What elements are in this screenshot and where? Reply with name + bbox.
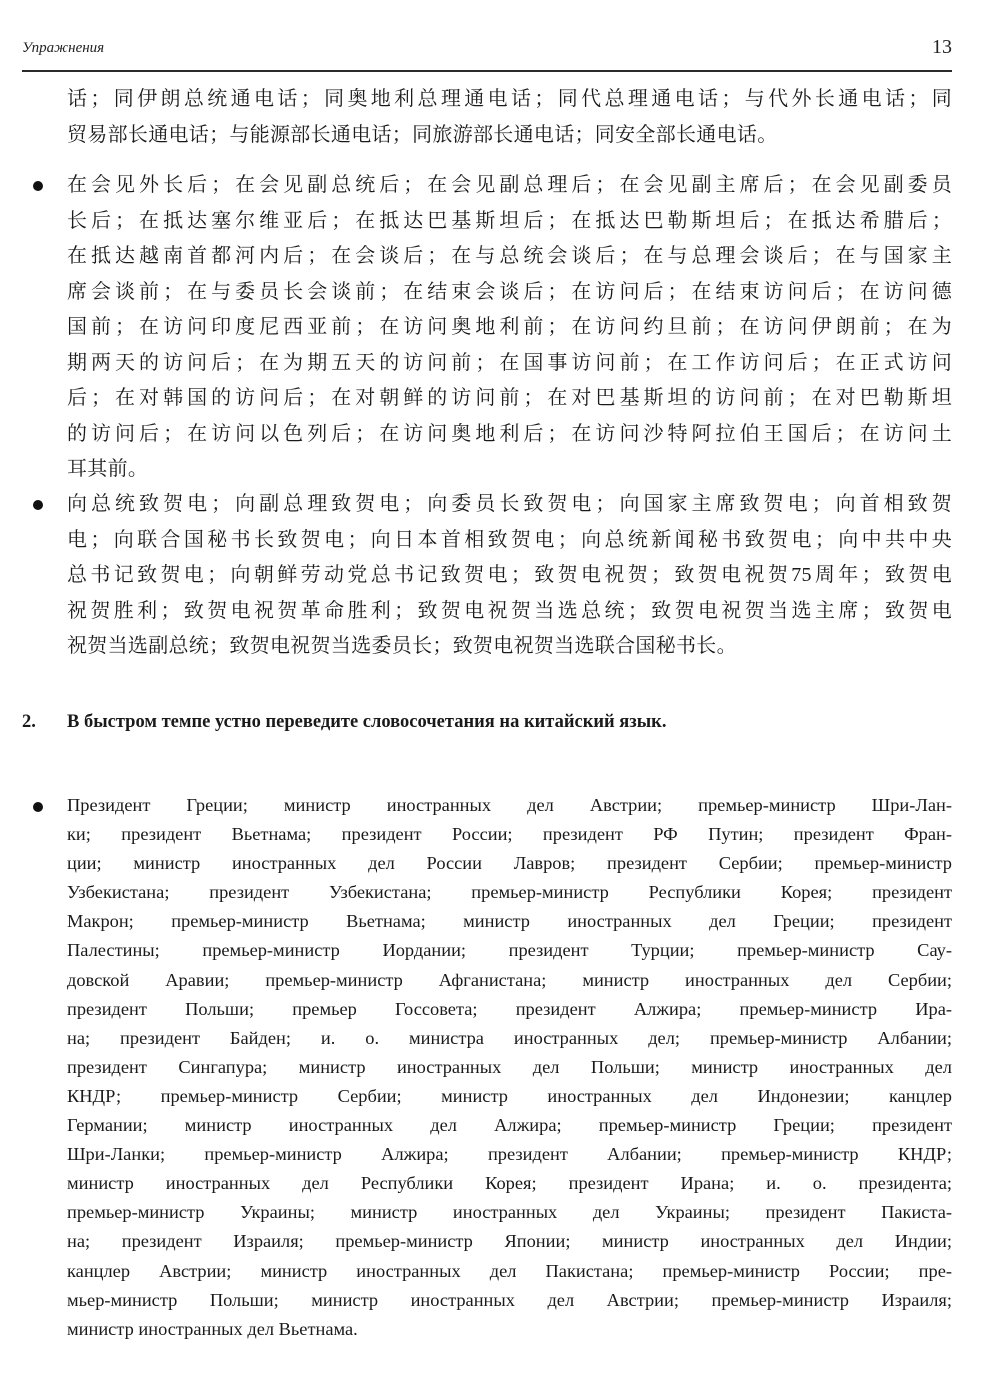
bullet-icon [33,802,43,812]
text-line: 祝贺胜利；致贺电祝贺革命胜利；致贺电祝贺当选总统；致贺电祝贺当选主席；致贺电 [67,594,952,630]
bullet-item-meetings: 在会见外长后；在会见副总统后；在会见副总理后；在会见副主席后；在会见副委员 长后… [67,168,952,488]
text-line: КНДР; премьер-министр Сербии; министр ин… [67,1082,952,1111]
text-line: на; президент Израиля; премьер-министр Я… [67,1227,952,1256]
text-line: 耳其前。 [67,452,952,488]
exercise-heading: 2.В быстром темпе устно переведите слово… [22,712,952,733]
text-line: 期两天的访问后；在为期五天的访问前；在国事访问前；在工作访问后；在正式访问 [67,346,952,382]
text-line: 在会见外长后；在会见副总统后；在会见副总理后；在会见副主席后；在会见副委员 [67,168,952,204]
text-line: 在抵达越南首都河内后；在会谈后；在与总统会谈后；在与总理会谈后；在与国家主 [67,239,952,275]
text-line: президент Сингапура; министр иностранных… [67,1053,952,1082]
text-line: 话；同伊朗总统通电话；同奥地利总理通电话；同代总理通电话；与代外长通电话；同 [67,82,952,118]
continuation-paragraph: 话；同伊朗总统通电话；同奥地利总理通电话；同代总理通电话；与代外长通电话；同 贸… [67,82,952,153]
text-line: Макрон; премьер-министр Вьетнама; минист… [67,907,952,936]
text-line: мьер-министр Польши; министр иностранных… [67,1286,952,1315]
text-line: 国前；在访问印度尼西亚前；在访问奥地利前；在访问约旦前；在访问伊朗前；在为 [67,310,952,346]
page-header: Упражнения 13 [22,36,952,72]
text-line: 长后；在抵达塞尔维亚后；在抵达巴基斯坦后；在抵达巴勒斯坦后；在抵达希腊后； [67,204,952,240]
text-line: министр иностранных дел Республики Корея… [67,1169,952,1198]
text-line: 贸易部长通电话；与能源部长通电话；同旅游部长通电话；同安全部长通电话。 [67,118,952,154]
text-line: 后；在对韩国的访问后；在对朝鲜的访问前；在对巴基斯坦的访问前；在对巴勒斯坦 [67,381,952,417]
bullet-item-congratulations: 向总统致贺电；向副总理致贺电；向委员长致贺电；向国家主席致贺电；向首相致贺 电；… [67,487,952,665]
text-line: Палестины; премьер-министр Иордании; пре… [67,936,952,965]
text-line: на; президент Байден; и. о. министра ино… [67,1024,952,1053]
text-line: ки; президент Вьетнама; президент России… [67,820,952,849]
exercise-instruction: В быстром темпе устно переведите словосо… [67,712,666,732]
text-line: премьер-министр Украины; министр иностра… [67,1198,952,1227]
bullet-item-russian-phrases: Президент Греции; министр иностранных де… [67,791,952,1344]
text-line: Шри-Ланки; премьер-министр Алжира; прези… [67,1140,952,1169]
text-line: 祝贺当选副总统；致贺电祝贺当选委员长；致贺电祝贺当选联合国秘书长。 [67,629,952,665]
text-line: министр иностранных дел Вьетнама. [67,1315,952,1344]
text-line: 席会谈前；在与委员长会谈前；在结束会谈后；在访问后；在结束访问后；在访问德 [67,275,952,311]
text-line: 向总统致贺电；向副总理致贺电；向委员长致贺电；向国家主席致贺电；向首相致贺 [67,487,952,523]
exercise-number: 2. [22,712,67,733]
text-line: Германии; министр иностранных дел Алжира… [67,1111,952,1140]
text-line: канцлер Австрии; министр иностранных дел… [67,1257,952,1286]
text-line: Президент Греции; министр иностранных де… [67,791,952,820]
text-line: 电；向联合国秘书长致贺电；向日本首相致贺电；向总统新闻秘书致贺电；向中共中央 [67,523,952,559]
text-line: 总书记致贺电；向朝鲜劳动党总书记致贺电；致贺电祝贺；致贺电祝贺75周年；致贺电 [67,558,952,594]
text-line: ции; министр иностранных дел России Лавр… [67,849,952,878]
bullet-icon [33,500,43,510]
text-line: довской Аравии; премьер-министр Афганист… [67,966,952,995]
text-line: 的访问后；在访问以色列后；在访问奥地利后；在访问沙特阿拉伯王国后；在访问土 [67,417,952,453]
text-line: президент Польши; премьер Госсовета; пре… [67,995,952,1024]
text-line: Узбекистана; президент Узбекистана; прем… [67,878,952,907]
running-title: Упражнения [22,40,104,57]
bullet-icon [33,181,43,191]
page-number: 13 [932,36,952,59]
